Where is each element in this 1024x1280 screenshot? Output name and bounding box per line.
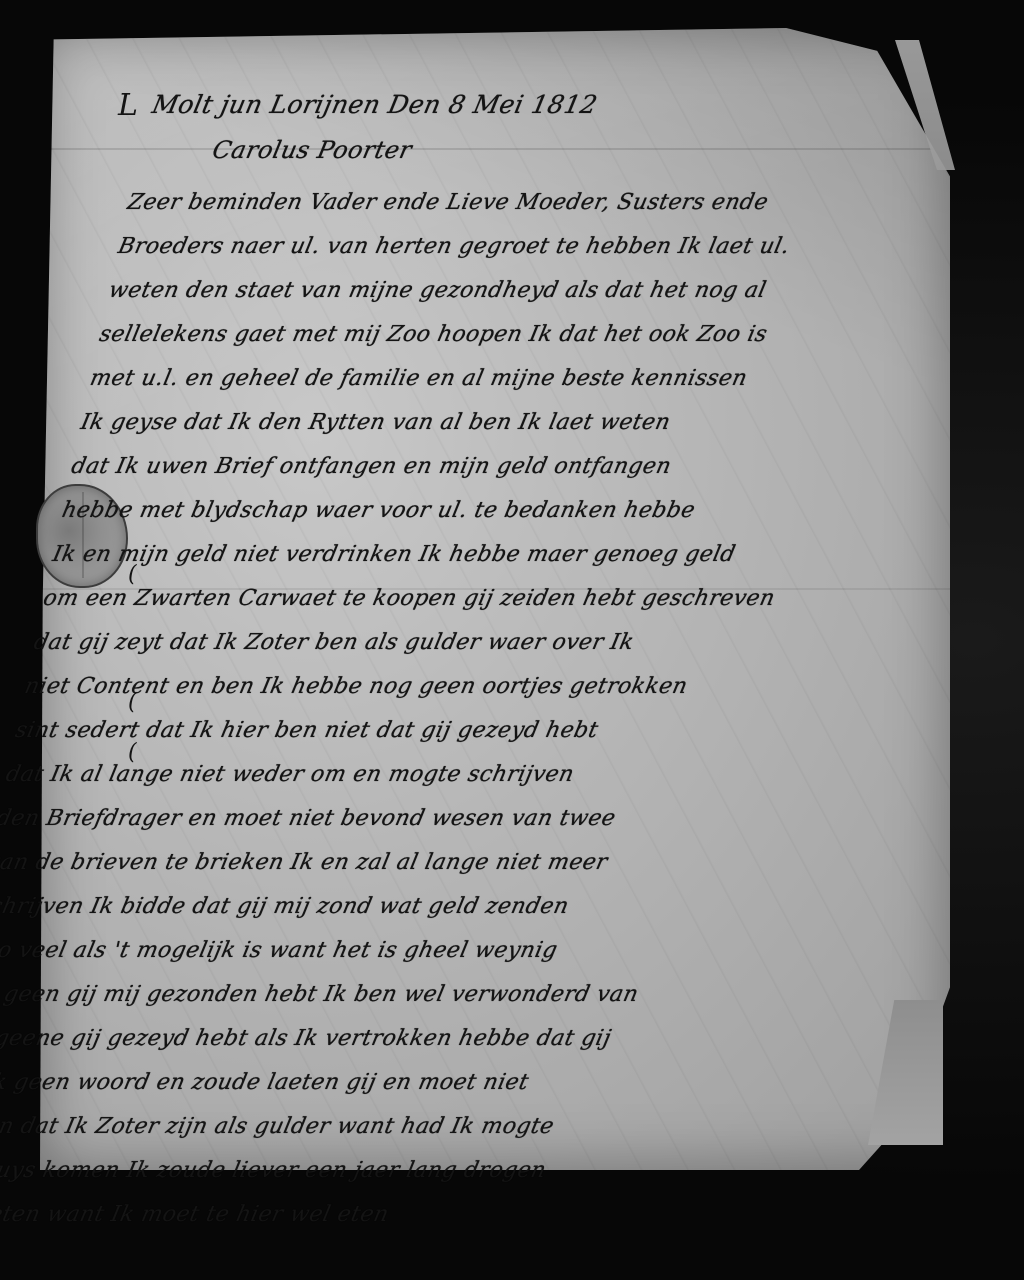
text-line: Broeders naer ul. van herten gegroet te …: [116, 236, 792, 258]
text-line: Zoo veel als 't mogelijk is want het is …: [0, 940, 559, 962]
text-line: sint sedert dat Ik hier ben niet dat gij…: [13, 720, 600, 742]
text-line: mij Ik geen woord en zoude laeten gij en…: [0, 1072, 531, 1094]
text-line: van de brieven te brieken Ik en zal al l…: [0, 852, 609, 874]
text-line: weten den staet van mijne gezondheyd als…: [107, 280, 769, 302]
text-line: niet Content en ben Ik hebbe nog geen oo…: [23, 676, 690, 698]
text-line: schrijven Ik bidde dat gij mij zond wat …: [0, 896, 571, 918]
text-line: Zeer beminden Vader ende Lieve Moeder, S…: [125, 192, 770, 214]
text-line: dat gij zeyt dat Ik Zoter ben als gulder…: [32, 632, 636, 654]
text-line: Brood eten want Ik moet te hier wel eten: [0, 1204, 391, 1226]
text-line: dat Ik al lange niet weder om en mogte s…: [4, 764, 576, 786]
text-line: den Briefdrager en moet niet bevond wese…: [0, 808, 618, 830]
text-line: het geene gij gezeyd hebt als Ik vertrok…: [0, 1028, 613, 1050]
text-line: Ik geyse dat Ik den Rytten van al ben Ik…: [79, 412, 673, 434]
letter-salutation: Carolus Poorter: [210, 138, 414, 162]
text-line: sellelekens gaet met mij Zoo hoopen Ik d…: [97, 324, 769, 346]
text-line: met u.l. en geheel de familie en al mijn…: [88, 368, 749, 390]
text-line: naer huys komen Ik zoude liever een jaer…: [0, 1160, 548, 1182]
text-line: het geen gij mij gezonden hebt Ik ben we…: [0, 984, 640, 1006]
margin-mark: L: [118, 88, 138, 123]
fold-line: [40, 148, 950, 150]
text-line: hebbe met blydschap waer voor ul. te bed…: [60, 500, 697, 522]
text-line: Ik en mijn geld niet verdrinken Ik hebbe…: [51, 544, 738, 566]
letter-heading: Molt jun Lorijnen Den 8 Mei 1812: [150, 92, 600, 117]
text-line: om een Zwarten Carwaet te koopen gij zei…: [41, 588, 777, 610]
text-line: dat Ik uwen Brief ontfangen en mijn geld…: [69, 456, 673, 478]
text-line: peijsen dat Ik Zoter zijn als gulder wan…: [0, 1116, 556, 1138]
